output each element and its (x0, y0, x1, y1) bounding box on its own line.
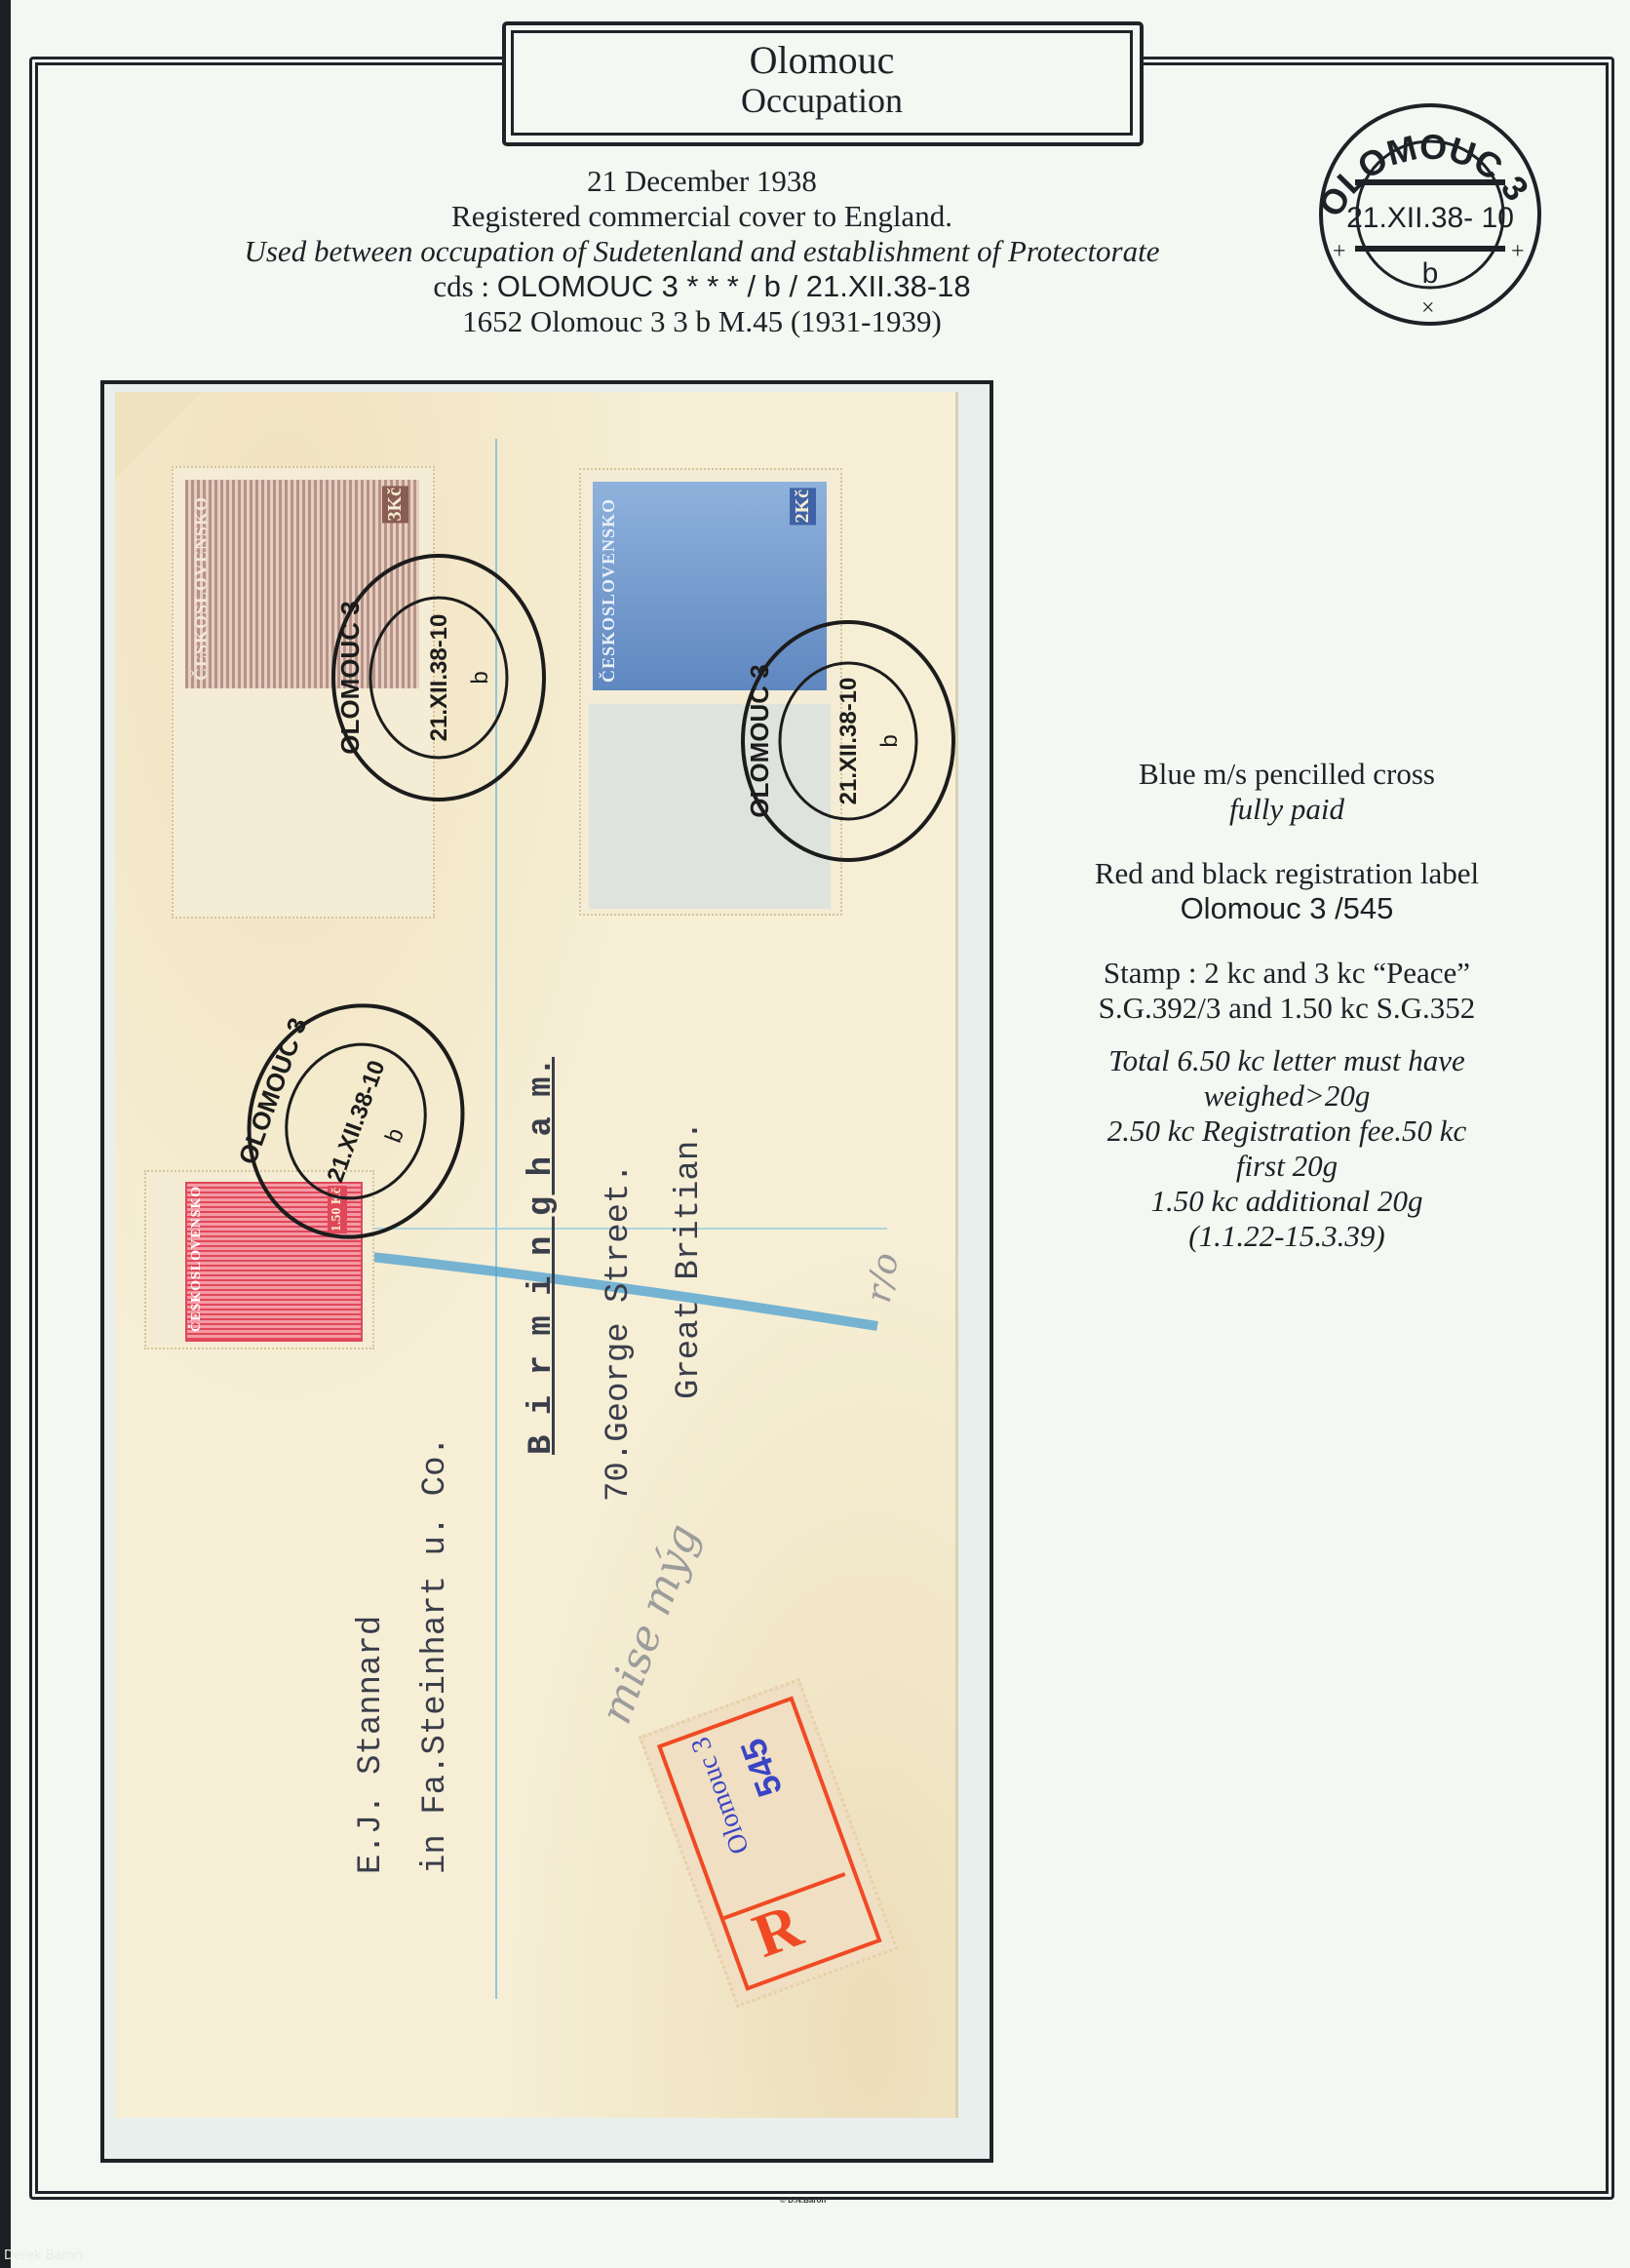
note-additional-20g: 1.50 kc additional 20g (1014, 1184, 1560, 1219)
address-line-1: E.J. Stannard (353, 1616, 390, 1874)
cds-line: cds : OLOMOUC 3 * * * / b / 21.XII.38-18 (107, 269, 1297, 304)
postmark-letter: b (1422, 257, 1439, 290)
svg-text:×: × (1421, 295, 1435, 321)
note-stamps: Stamp : 2 kc and 3 kc “Peace” (1014, 956, 1560, 991)
postmark-date: 21.XII.38- 10 (1346, 202, 1514, 234)
note-weight: weighed>20g (1014, 1078, 1560, 1114)
svg-text:OLOMOUC 3: OLOMOUC 3 (232, 1014, 312, 1168)
notes-panel: Blue m/s pencilled cross fully paid Red … (1014, 757, 1560, 1254)
description: Registered commercial cover to England. (107, 199, 1297, 234)
cover-postmark-1: 21.XII.38-10 b OLOMOUC 3 (312, 546, 565, 809)
note-fully-paid: fully paid (1014, 792, 1560, 827)
note-pencil-cross: Blue m/s pencilled cross (1014, 757, 1560, 792)
page-title: Olomouc (514, 39, 1130, 82)
address-line-3: B i r m i n g h a m. (524, 1057, 561, 1455)
page-subtitle: Occupation (514, 82, 1130, 119)
svg-text:OLOMOUC 3: OLOMOUC 3 (335, 601, 365, 754)
header-description: 21 December 1938 Registered commercial c… (107, 164, 1297, 339)
address-line-4: 70.George Street. (601, 1163, 638, 1502)
svg-text:b: b (467, 671, 493, 684)
cover-postmark-3: 21.XII.38-10 b OLOMOUC 3 (229, 999, 483, 1243)
stamp-country: ČESKOSLOVENSKO (191, 486, 212, 681)
stamp-value: 2Kč (790, 488, 816, 525)
stamp-country: ČESKOSLOVENSKO (599, 488, 619, 683)
svg-text:21.XII.38-10: 21.XII.38-10 (322, 1057, 390, 1186)
note-rate-period: (1.1.22-15.3.39) (1014, 1219, 1560, 1254)
catalogue: 1652 Olomouc 3 3 b M.45 (1931-1939) (107, 304, 1297, 339)
copyright: © D.N.Baron (780, 2196, 826, 2205)
svg-text:OLOMOUC 3: OLOMOUC 3 (745, 664, 774, 817)
svg-text:b: b (380, 1125, 409, 1147)
svg-text:+: + (1511, 239, 1525, 264)
address-line-5: Great Britian. (671, 1120, 708, 1399)
svg-text:21.XII.38-10: 21.XII.38-10 (426, 614, 452, 742)
cds-prefix: cds : (433, 269, 496, 303)
note-first-20g: first 20g (1014, 1149, 1560, 1184)
cds-value: OLOMOUC 3 * * * / b / 21.XII.38-18 (497, 269, 971, 303)
stamp-country: ČESKOSLOVENSKO (189, 1186, 205, 1332)
svg-text:+: + (1333, 239, 1346, 264)
address-line-2: in Fa.Steinhart u. Co. (417, 1436, 454, 1874)
note-total: Total 6.50 kc letter must have (1014, 1043, 1560, 1078)
scan-edge (0, 0, 11, 2268)
context: Used between occupation of Sudetenland a… (107, 234, 1297, 269)
note-stamps-sg: S.G.392/3 and 1.50 kc S.G.352 (1014, 991, 1560, 1026)
svg-text:21.XII.38-10: 21.XII.38-10 (835, 678, 862, 805)
pencil-note-ro: r/o (859, 1250, 907, 1306)
title-box-inner: Olomouc Occupation (511, 30, 1133, 136)
watermark: Derek Baron (4, 2248, 83, 2263)
svg-text:b: b (876, 734, 903, 747)
postmark-illustration: OLOMOUC 3 21.XII.38- 10 b + + × (1289, 93, 1572, 336)
note-registration-fee: 2.50 kc Registration fee.50 kc (1014, 1114, 1560, 1149)
stamp-value: 3Kč (382, 486, 408, 523)
note-registration-number: Olomouc 3 /545 (1014, 891, 1560, 926)
note-registration-label: Red and black registration label (1014, 856, 1560, 891)
cover-postmark-2: 21.XII.38-10 b OLOMOUC 3 (721, 614, 975, 868)
date: 21 December 1938 (107, 164, 1297, 199)
